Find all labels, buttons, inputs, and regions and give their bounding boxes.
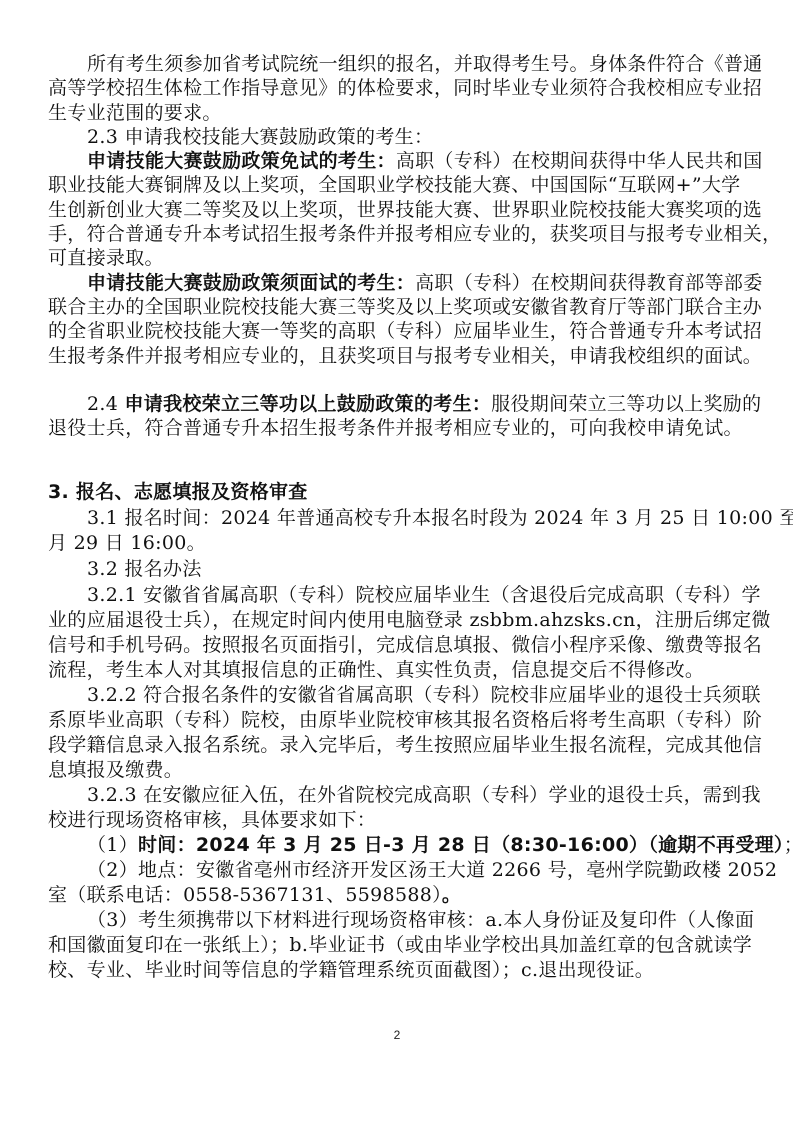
text: 段学籍信息录入报名系统。录入完毕后，考生按照应届毕业生报名流程，完成其他信	[48, 734, 762, 756]
text: （2）地点：安徽省亳州市经济开发区汤王大道 2266 号，亳州学院勤政楼 205…	[87, 859, 777, 881]
paragraph-line: 可直接录取。	[48, 246, 748, 270]
paragraph-line: 手，符合普通专升本考试招生报考条件并报考相应专业的，获奖项目与报考专业相关，	[48, 222, 748, 246]
text: 所有考生须参加省考试院统一组织的报名，并取得考生号。身体条件符合《普通	[87, 53, 763, 75]
text: 服役期间荣立三等功以上奖励的	[491, 393, 761, 415]
paragraph-line: 高等学校招生体检工作指导意见》的体检要求，同时毕业专业须符合我校相应专业招	[48, 76, 748, 100]
paragraph-line: 退役士兵，符合普通专升本招生报考条件并报考相应专业的，可向我校申请免试。	[48, 416, 748, 440]
text: 高职（专科）在校期间获得教育部等部委	[415, 272, 762, 294]
paragraph-line: 申请技能大赛鼓励政策免试的考生：高职（专科）在校期间获得中华人民共和国	[87, 149, 787, 173]
paragraph-line: 信号和手机号码。按照报名页面指引，完成信息填报、微信小程序采像、缴费等报名	[48, 633, 748, 657]
paragraph-line: （2）地点：安徽省亳州市经济开发区汤王大道 2266 号，亳州学院勤政楼 205…	[87, 858, 787, 882]
text: 的全省职业院校技能大赛一等奖的高职（专科）应届毕业生，符合普通专升本考试招	[48, 320, 762, 342]
text: 生报考条件并报考相应专业的，且获奖项目与报考专业相关，申请我校组织的面试。	[48, 345, 762, 367]
section-heading: 3. 报名、志愿填报及资格审查	[48, 480, 748, 504]
paragraph-line: 申请技能大赛鼓励政策须面试的考生：高职（专科）在校期间获得教育部等部委	[87, 271, 787, 295]
text: 生创新创业大赛二等奖及以上奖项，世界技能大赛、世界职业院校技能大赛奖项的选	[48, 199, 762, 221]
paragraph-line: 室（联系电话：0558-5367131、5598588）。	[48, 883, 748, 907]
paragraph-line: （1）时间：2024 年 3 月 25 日-3 月 28 日（8:30-16:0…	[87, 833, 787, 857]
paragraph-line: 校、专业、毕业时间等信息的学籍管理系统页面截图）；c.退出现役证。	[48, 958, 748, 982]
text: 高等学校招生体检工作指导意见》的体检要求，同时毕业专业须符合我校相应专业招	[48, 77, 762, 99]
text: 2.3 申请我校技能大赛鼓励政策的考生：	[87, 126, 433, 148]
paragraph-line: 2.3 申请我校技能大赛鼓励政策的考生：	[87, 125, 787, 149]
text: 职业技能大赛铜牌及以上奖项，全国职业学校技能大赛、中国国际“互联网+”大学	[48, 174, 740, 196]
text: 3.2.3 在安徽应征入伍，在外省院校完成高职（专科）学业的退役士兵，需到我	[87, 784, 761, 806]
paragraph-line: 的全省职业院校技能大赛一等奖的高职（专科）应届毕业生，符合普通专升本考试招	[48, 319, 748, 343]
text: 3.1 报名时间：2024 年普通高校专升本报名时段为 2024 年 3 月 2…	[87, 507, 793, 529]
text: 信号和手机号码。按照报名页面指引，完成信息填报、微信小程序采像、缴费等报名	[48, 634, 762, 656]
text: 流程，考生本人对其填报信息的正确性、真实性负责，信息提交后不得修改。	[48, 659, 704, 681]
paragraph-line: 和国徽面复印在一张纸上）；b.毕业证书（或由毕业学校出具加盖红章的包含就读学	[48, 933, 748, 957]
paragraph-line: 3.1 报名时间：2024 年普通高校专升本报名时段为 2024 年 3 月 2…	[87, 506, 787, 530]
text: 3.2.1 安徽省省属高职（专科）院校应届毕业生（含退役后完成高职（专科）学	[87, 584, 761, 606]
text: 校进行现场资格审核，具体要求如下：	[48, 809, 376, 831]
bold-text: 。	[442, 884, 461, 906]
bold-text: 申请技能大赛鼓励政策免试的考生：	[87, 150, 396, 172]
text: 高职（专科）在校期间获得中华人民共和国	[396, 150, 763, 172]
paragraph-line: 段学籍信息录入报名系统。录入完毕后，考生按照应届毕业生报名流程，完成其他信	[48, 733, 748, 757]
text: 退役士兵，符合普通专升本招生报考条件并报考相应专业的，可向我校申请免试。	[48, 417, 743, 439]
paragraph-line: 校进行现场资格审核，具体要求如下：	[48, 808, 748, 832]
paragraph-line: 2.4 申请我校荣立三等功以上鼓励政策的考生：服役期间荣立三等功以上奖励的	[87, 392, 787, 416]
bold-text: 3. 报名、志愿填报及资格审查	[48, 481, 308, 503]
paragraph-line: 职业技能大赛铜牌及以上奖项，全国职业学校技能大赛、中国国际“互联网+”大学	[48, 173, 748, 197]
text: 和国徽面复印在一张纸上）；b.毕业证书（或由毕业学校出具加盖红章的包含就读学	[48, 934, 752, 956]
paragraph-line: （3）考生须携带以下材料进行现场资格审核：a.本人身份证及复印件（人像面	[87, 908, 787, 932]
text: 系原毕业高职（专科）院校，由原毕业院校审核其报名资格后将考生高职（专科）阶	[48, 709, 762, 731]
text: 月 29 日 16:00。	[48, 532, 206, 554]
paragraph-line: 所有考生须参加省考试院统一组织的报名，并取得考生号。身体条件符合《普通	[87, 52, 787, 76]
document-page: 所有考生须参加省考试院统一组织的报名，并取得考生号。身体条件符合《普通高等学校招…	[0, 0, 793, 1122]
text: 2.4	[87, 393, 124, 415]
page-number: 2	[390, 1028, 404, 1042]
text: 3.2.2 符合报名条件的安徽省省属高职（专科）院校非应届毕业的退役士兵须联	[87, 684, 761, 706]
paragraph-line: 3.2.1 安徽省省属高职（专科）院校应届毕业生（含退役后完成高职（专科）学	[87, 583, 787, 607]
paragraph-line: 生专业范围的要求。	[48, 101, 748, 125]
paragraph-line: 3.2 报名办法	[87, 557, 787, 581]
bold-text: 申请技能大赛鼓励政策须面试的考生：	[87, 272, 415, 294]
text: 生专业范围的要求。	[48, 102, 222, 124]
bold-text: 时间：2024 年 3 月 25 日-3 月 28 日（8:30-16:00）（…	[138, 834, 784, 856]
text: 可直接录取。	[48, 247, 164, 269]
text: （3）考生须携带以下材料进行现场资格审核：a.本人身份证及复印件（人像面	[87, 909, 754, 931]
paragraph-line: 业的应届退役士兵），在规定时间内使用电脑登录 zsbbm.ahzsks.cn，注…	[48, 608, 748, 632]
text: （1）	[87, 834, 138, 856]
text: 手，符合普通专升本考试招生报考条件并报考相应专业的，获奖项目与报考专业相关，	[48, 223, 781, 245]
bold-text: 申请我校荣立三等功以上鼓励政策的考生：	[124, 393, 491, 415]
paragraph-line: 3.2.3 在安徽应征入伍，在外省院校完成高职（专科）学业的退役士兵，需到我	[87, 783, 787, 807]
paragraph-line: 联合主办的全国职业院校技能大赛三等奖及以上奖项或安徽省教育厅等部门联合主办	[48, 295, 748, 319]
paragraph-line: 3.2.2 符合报名条件的安徽省省属高职（专科）院校非应届毕业的退役士兵须联	[87, 683, 787, 707]
text: 校、专业、毕业时间等信息的学籍管理系统页面截图）；c.退出现役证。	[48, 959, 654, 981]
text: 3.2 报名办法	[87, 558, 202, 580]
text: ；	[784, 834, 793, 856]
paragraph-line: 生创新创业大赛二等奖及以上奖项，世界技能大赛、世界职业院校技能大赛奖项的选	[48, 198, 748, 222]
paragraph-line: 息填报及缴费。	[48, 758, 748, 782]
text: 联合主办的全国职业院校技能大赛三等奖及以上奖项或安徽省教育厅等部门联合主办	[48, 296, 762, 318]
text: 业的应届退役士兵），在规定时间内使用电脑登录 zsbbm.ahzsks.cn，注…	[48, 609, 771, 631]
paragraph-line: 系原毕业高职（专科）院校，由原毕业院校审核其报名资格后将考生高职（专科）阶	[48, 708, 748, 732]
paragraph-line: 流程，考生本人对其填报信息的正确性、真实性负责，信息提交后不得修改。	[48, 658, 748, 682]
text: 室（联系电话：0558-5367131、5598588）	[48, 884, 442, 906]
text: 息填报及缴费。	[48, 759, 183, 781]
paragraph-line: 月 29 日 16:00。	[48, 531, 748, 555]
paragraph-line: 生报考条件并报考相应专业的，且获奖项目与报考专业相关，申请我校组织的面试。	[48, 344, 748, 368]
